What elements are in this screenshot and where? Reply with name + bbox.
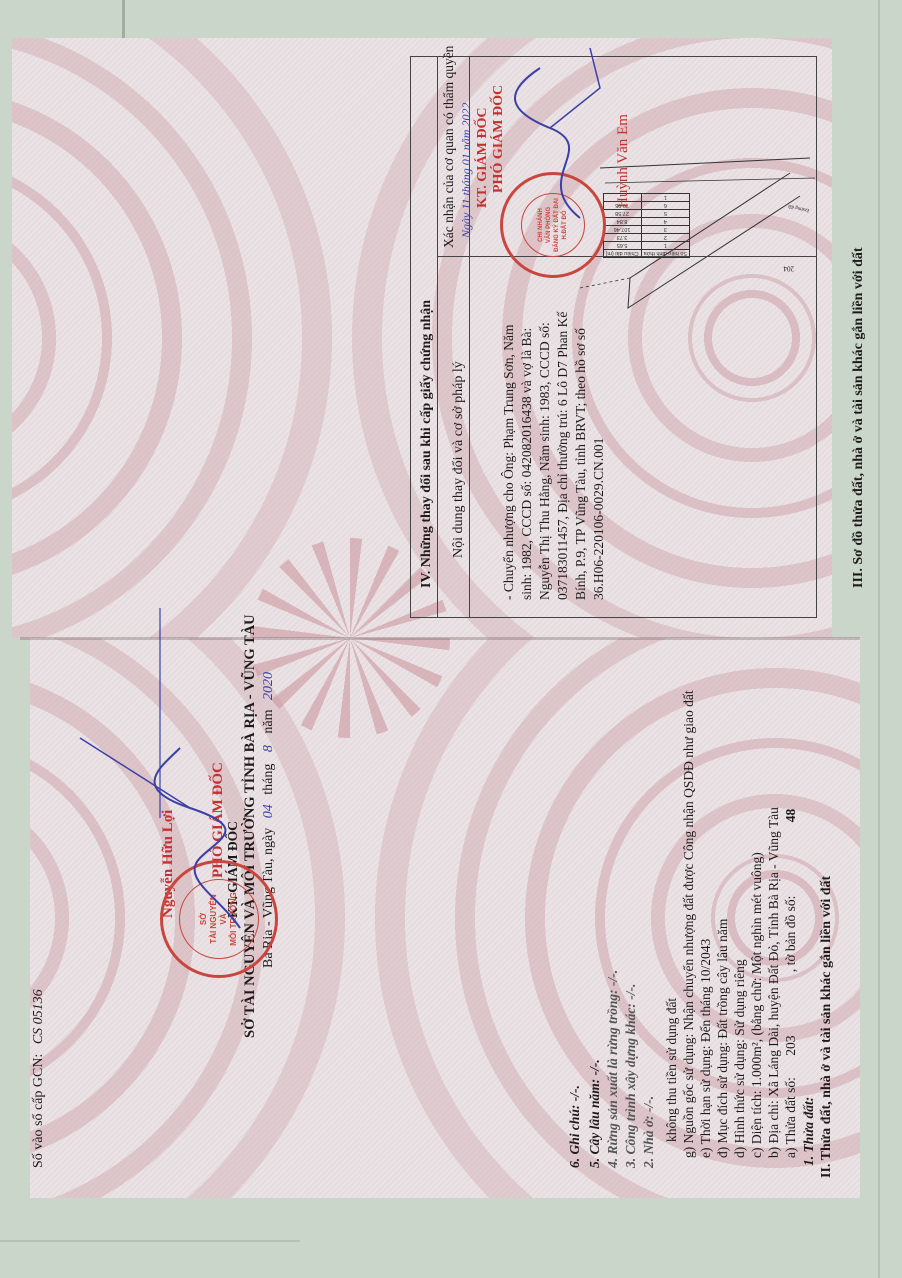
usage-term-line: e) Thời hạn sử dụng: Đến tháng 10/2043 bbox=[697, 939, 715, 1158]
usage-purpose-line: đ) Mục đích sử dụng: Đất trồng cây lâu n… bbox=[714, 919, 732, 1158]
perennial-tree-item: 5. Cây lâu năm: -/-. bbox=[586, 1059, 604, 1168]
date-year: 2020 bbox=[261, 672, 276, 700]
entry-line: sinh: 1982, CCCD số: 042082016438 và vợ … bbox=[518, 328, 536, 600]
origin-line: g) Nguồn gốc sử dụng: Nhận chuyển nhượng… bbox=[680, 690, 698, 1158]
year-label: năm bbox=[261, 710, 276, 734]
note-item: 6. Ghi chú: -/-. bbox=[566, 1085, 584, 1168]
section-iii-title: III. Sơ đồ thửa đất, nhà ở và tài sản kh… bbox=[850, 247, 868, 588]
entry-line: 36.H06-220106-0029.CN.001 bbox=[590, 438, 608, 600]
usage-form-line: d) Hình thức sử dụng: Sử dụng riêng bbox=[731, 959, 749, 1158]
date-month: 8 bbox=[261, 745, 276, 752]
entry-line: Nguyễn Thị Thu Hằng, Năm sinh: 1983, CCC… bbox=[536, 322, 554, 600]
section-iv-col-divider bbox=[437, 256, 816, 257]
section-iv-divider bbox=[437, 57, 438, 617]
date-day: 04 bbox=[261, 804, 276, 818]
forest-item: 4. Rừng sản xuất là rừng trồng: -/-. bbox=[604, 970, 622, 1168]
area-line: c) Diện tích: 1.000m², (bằng chữ: Một ng… bbox=[748, 852, 766, 1158]
registry-value: CS 05136 bbox=[31, 989, 46, 1044]
address-line: b) Địa chỉ: Xã Láng Dài, huyện Đất Đỏ, T… bbox=[765, 807, 783, 1158]
parcel-value: 203 bbox=[783, 1035, 798, 1055]
construction-item: 3. Công trình xây dựng khác: -/-. bbox=[622, 984, 640, 1168]
entry-line: 037183011457, Địa chỉ thường trú: 6 Lô D… bbox=[554, 312, 572, 600]
section-ii-title: II. Thửa đất, nhà ở và tài sản khác gắn … bbox=[818, 876, 836, 1178]
parcel-number-label: a) Thửa đất số: 203 , tờ bản đồ số: 48 bbox=[782, 809, 800, 1158]
month-label: tháng bbox=[261, 764, 276, 795]
page-fold bbox=[20, 637, 860, 640]
section-ii-sub-title: 1. Thửa đất: bbox=[800, 1097, 818, 1166]
signature-right bbox=[470, 38, 610, 238]
signer-name-right: Huỳnh Văn Em bbox=[615, 114, 633, 208]
entry-line: - Chuyển nhượng cho Ông: Phạm Trung Sơn,… bbox=[500, 325, 518, 600]
entry-line: Bính, P.9, TP Vũng Tàu, tỉnh BRVT; theo … bbox=[572, 328, 590, 600]
map-sheet-label: , tờ bản đồ số: bbox=[783, 896, 798, 973]
signature-left bbox=[140, 738, 260, 938]
change-content-header: Nội dung thay đổi và cơ sở pháp lý bbox=[450, 361, 468, 558]
registry-label: Số vào sổ cấp GCN: bbox=[31, 1054, 46, 1168]
confirmation-header: Xác nhận của cơ quan có thẩm quyền bbox=[440, 46, 458, 248]
registry-line: Số vào sổ cấp GCN: CS 05136 bbox=[30, 989, 48, 1168]
section-iv-title: IV. Những thay đổi sau khi cấp giấy chứn… bbox=[418, 300, 436, 588]
land-use-certificate: II. Thửa đất, nhà ở và tài sản khác gắn … bbox=[0, 0, 902, 1278]
parcel-label: a) Thửa đất số: bbox=[783, 1077, 798, 1158]
house-item: 2. Nhà ở: -/-. bbox=[640, 1096, 658, 1168]
map-sheet-value: 48 bbox=[783, 809, 798, 823]
origin-line-2: không thu tiền sử dụng đất bbox=[663, 998, 681, 1142]
